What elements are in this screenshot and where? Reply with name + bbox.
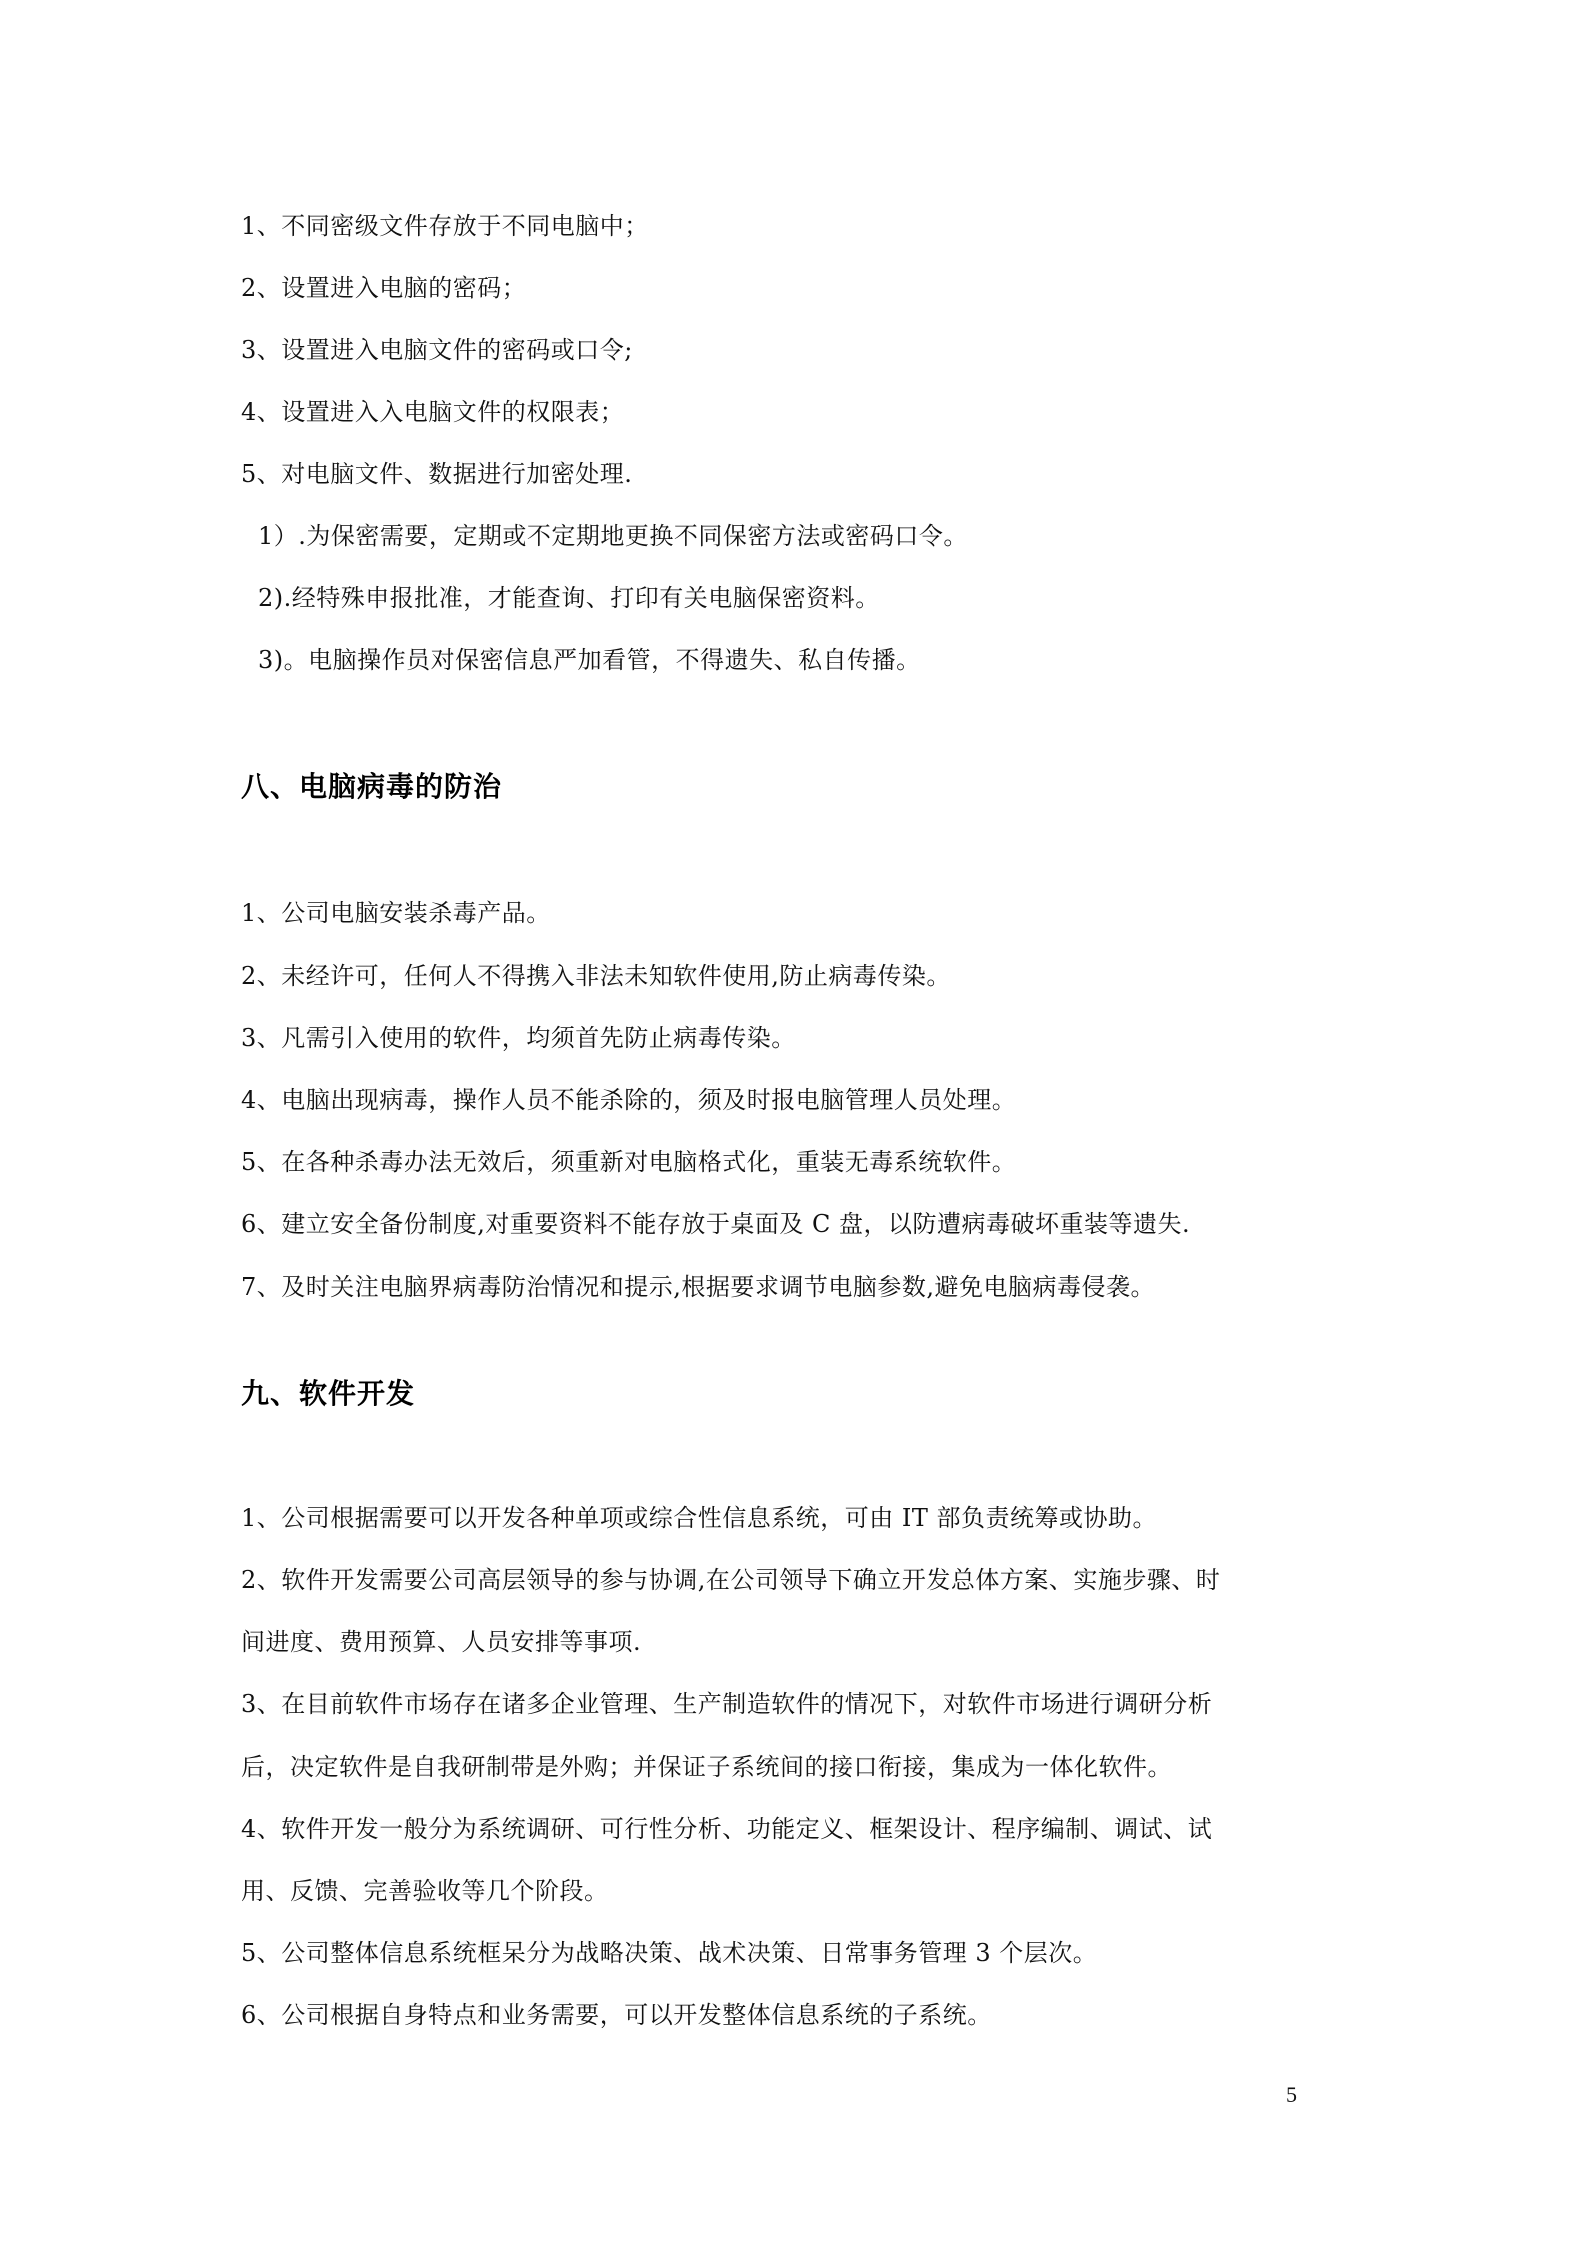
list-item: 5、对电脑文件、数据进行加密处理. — [241, 459, 632, 489]
list-item: 1、公司电脑安装杀毒产品。 — [241, 898, 551, 928]
list-item: 4、设置进入入电脑文件的权限表； — [241, 397, 624, 427]
paragraph-line: 2、软件开发需要公司高层领导的参与协调,在公司领导下确立开发总体方案、实施步骤、… — [241, 1565, 1220, 1595]
list-item: 4、电脑出现病毒，操作人员不能杀除的，须及时报电脑管理人员处理。 — [241, 1085, 1016, 1115]
paragraph-line: 用、反馈、完善验收等几个阶段。 — [241, 1876, 609, 1906]
list-item: 3、设置进入电脑文件的密码或口令; — [241, 335, 633, 365]
sub-list-item: 3)。电脑操作员对保密信息严加看管，不得遗失、私自传播。 — [258, 645, 921, 675]
section-heading-software-development: 九、软件开发 — [241, 1377, 415, 1411]
paragraph-line: 间进度、费用预算、人员安排等事项. — [241, 1627, 641, 1657]
paragraph-line: 1、公司根据需要可以开发各种单项或综合性信息系统，可由 IT 部负责统筹或协助。 — [241, 1503, 1157, 1533]
page-number: 5 — [1286, 2082, 1297, 2108]
document-page: 1、不同密级文件存放于不同电脑中； 2、设置进入电脑的密码； 3、设置进入电脑文… — [0, 0, 1587, 2245]
list-item: 2、设置进入电脑的密码； — [241, 273, 526, 303]
list-item: 3、凡需引入使用的软件，均须首先防止病毒传染。 — [241, 1023, 796, 1053]
section-heading-virus-prevention: 八、电脑病毒的防治 — [241, 770, 502, 804]
paragraph-line: 5、公司整体信息系统框呆分为战略决策、战术决策、日常事务管理 3 个层次。 — [241, 1938, 1097, 1968]
paragraph-line: 后，决定软件是自我研制带是外购；并保证子系统间的接口衔接，集成为一体化软件。 — [241, 1752, 1172, 1782]
paragraph-line: 6、公司根据自身特点和业务需要，可以开发整体信息系统的子系统。 — [241, 2000, 992, 2030]
sub-list-item: 2).经特殊申报批准，才能查询、打印有关电脑保密资料。 — [258, 583, 880, 613]
list-item: 6、建立安全备份制度,对重要资料不能存放于桌面及 C 盘，以防遭病毒破坏重装等遗… — [241, 1209, 1190, 1239]
list-item: 7、及时关注电脑界病毒防治情况和提示,根据要求调节电脑参数,避免电脑病毒侵袭。 — [241, 1272, 1155, 1302]
paragraph-line: 4、软件开发一般分为系统调研、可行性分析、功能定义、框架设计、程序编制、调试、试 — [241, 1814, 1212, 1844]
sub-list-item: 1）.为保密需要，定期或不定期地更换不同保密方法或密码口令。 — [258, 521, 968, 551]
paragraph-line: 3、在目前软件市场存在诸多企业管理、生产制造软件的情况下，对软件市场进行调研分析 — [241, 1689, 1212, 1719]
list-item: 5、在各种杀毒办法无效后，须重新对电脑格式化，重装无毒系统软件。 — [241, 1147, 1016, 1177]
list-item: 2、未经许可，任何人不得携入非法未知软件使用,防止病毒传染。 — [241, 961, 951, 991]
list-item: 1、不同密级文件存放于不同电脑中； — [241, 211, 649, 241]
